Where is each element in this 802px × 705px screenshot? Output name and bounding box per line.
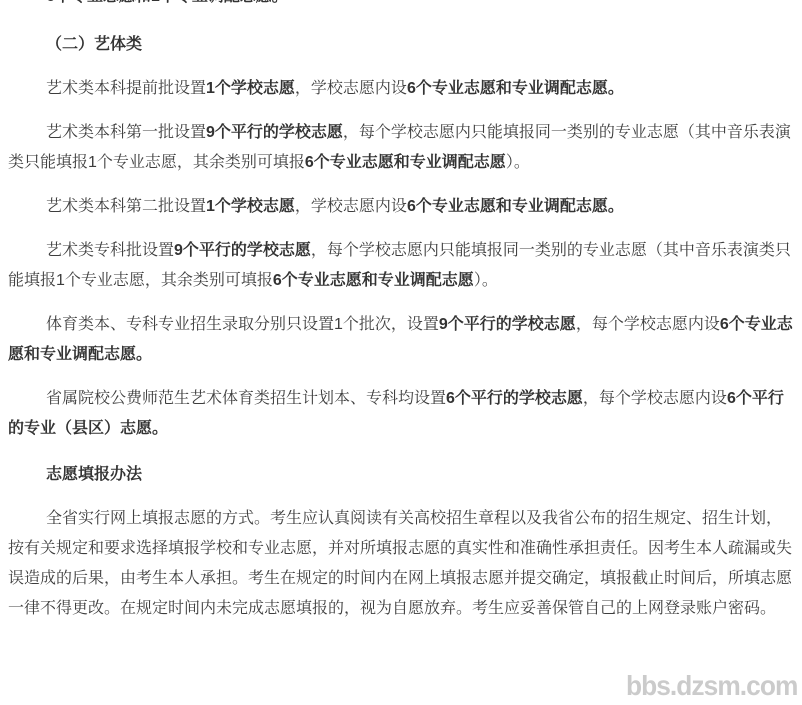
emphasis-text: 6个专业志愿和专业调配志愿。 <box>407 198 624 215</box>
body-text: 体育类本、专科专业招生录取分别只设置1个批次，设置 <box>46 316 439 333</box>
body-text: ，每个学校志愿内设 <box>583 390 727 407</box>
emphasis-text: 9个平行的学校志愿 <box>174 242 311 259</box>
body-text: ）。 <box>506 154 530 171</box>
paragraph-filling-method-detail: 全省实行网上填报志愿的方式。考生应认真阅读有关高校招生章程以及我省公布的招生规定… <box>8 504 794 624</box>
paragraph-art-undergrad-first-batch: 艺术类本科第一批设置9个平行的学校志愿，每个学校志愿内只能填报同一类别的专业志愿… <box>8 118 794 178</box>
emphasis-text: 6个专业志愿和专业调配志愿。 <box>407 80 624 97</box>
emphasis-text: 1个学校志愿 <box>206 80 295 97</box>
emphasis-text: 1个学校志愿 <box>206 198 295 215</box>
paragraph-public-funded-teachers: 省属院校公费师范生艺术体育类招生计划本、专科均设置6个平行的学校志愿，每个学校志… <box>8 384 794 444</box>
paragraph-sports-enrollment: 体育类本、专科专业招生录取分别只设置1个批次，设置9个平行的学校志愿，每个学校志… <box>8 310 794 370</box>
body-text: 全省实行网上填报志愿的方式。考生应认真阅读有关高校招生章程以及我省公布的招生规定… <box>8 510 792 617</box>
body-text: 艺术类本科第一批设置 <box>46 124 206 141</box>
paragraph-art-vocational-batch: 艺术类专科批设置9个平行的学校志愿，每个学校志愿内只能填报同一类别的专业志愿（其… <box>8 236 794 296</box>
body-text: ，学校志愿内设 <box>295 198 407 215</box>
paragraph-art-undergrad-second-batch: 艺术类本科第二批设置1个学校志愿，学校志愿内设6个专业志愿和专业调配志愿。 <box>8 192 794 222</box>
emphasis-text: 6个平行的学校志愿 <box>446 390 583 407</box>
body-text: 艺术类专科批设置 <box>46 242 174 259</box>
emphasis-text: 6个专业志愿和专业调配志愿 <box>305 154 506 171</box>
body-text: 省属院校公费师范生艺术体育类招生计划本、专科均设置 <box>46 390 446 407</box>
clipped-previous-line-text: 6个专业志愿和1个专业调配志愿。 <box>46 0 288 5</box>
subheading-filling-method: 志愿填报办法 <box>8 460 794 490</box>
body-text: ，学校志愿内设 <box>295 80 407 97</box>
emphasis-text: 6个专业志愿和专业调配志愿 <box>273 272 474 289</box>
body-text: 艺术类本科第二批设置 <box>46 198 206 215</box>
body-text: 艺术类本科提前批设置 <box>46 80 206 97</box>
emphasis-text: 9个平行的学校志愿 <box>206 124 343 141</box>
body-text: ，每个学校志愿内设 <box>576 316 720 333</box>
emphasis-text: 9个平行的学校志愿 <box>439 316 576 333</box>
clipped-previous-line: 6个专业志愿和1个专业调配志愿。 <box>8 0 794 6</box>
watermark: bbs.dzsm.com <box>625 672 797 700</box>
section-heading-yitilei: （二）艺体类 <box>8 30 794 60</box>
article-body: 6个专业志愿和1个专业调配志愿。 （二）艺体类 艺术类本科提前批设置1个学校志愿… <box>0 0 802 624</box>
body-text: ）。 <box>474 272 498 289</box>
paragraph-art-undergrad-early: 艺术类本科提前批设置1个学校志愿，学校志愿内设6个专业志愿和专业调配志愿。 <box>8 74 794 104</box>
